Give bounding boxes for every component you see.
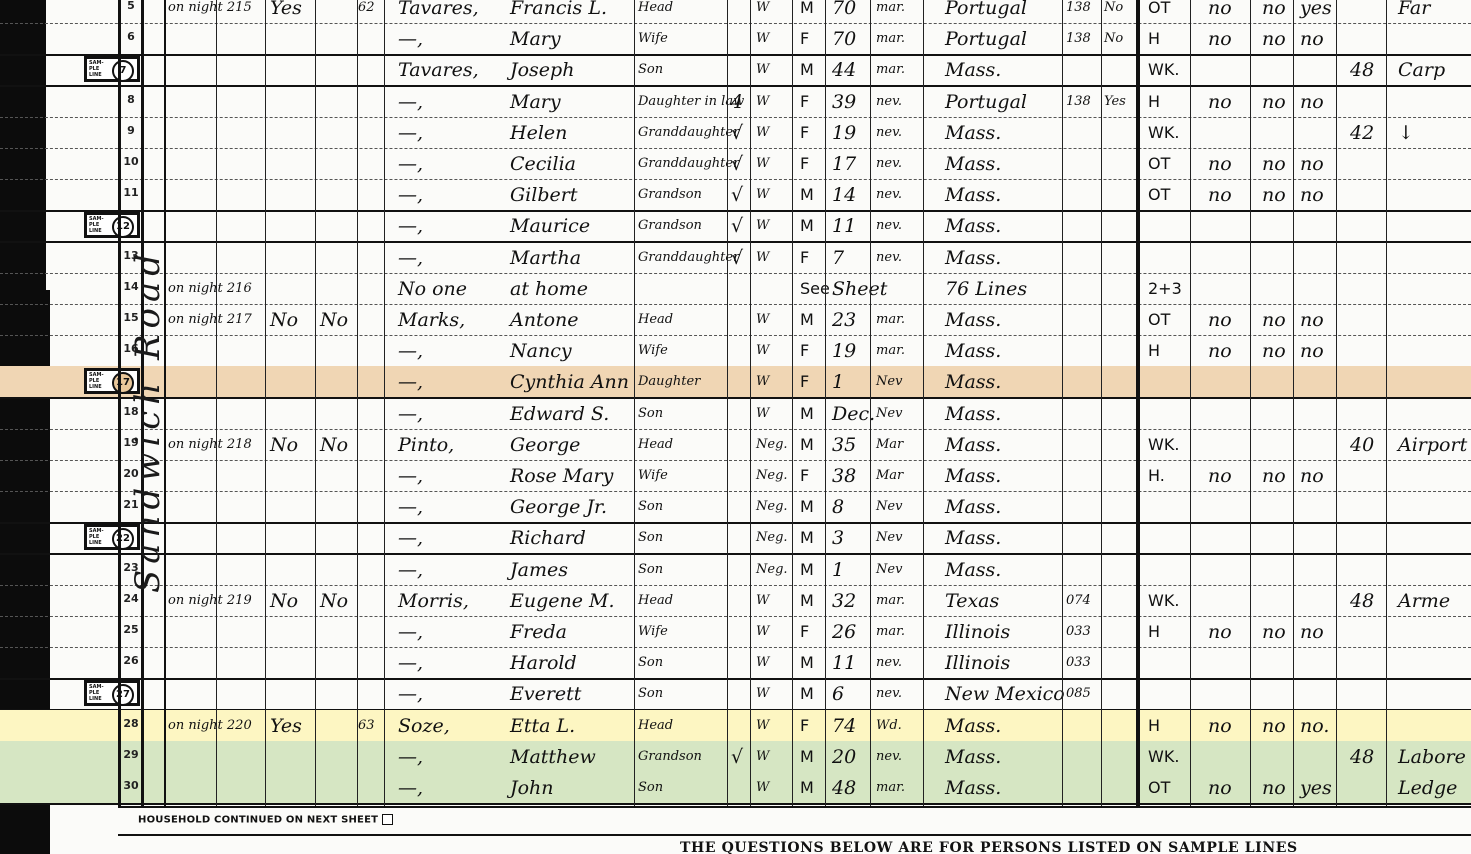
cell-activity: H: [1148, 712, 1160, 739]
cell-relation: Son: [638, 774, 663, 801]
cell-relation: Son: [638, 493, 663, 520]
cell-activity: H: [1148, 88, 1160, 115]
cell-occupation: Ledge: [1398, 774, 1457, 801]
cell-surname: —,: [398, 493, 423, 520]
column-divider: [1386, 0, 1387, 806]
cell-relation: Wife: [638, 25, 668, 52]
cell-relation: Head: [638, 587, 673, 614]
cell-birthplace: New Mexico: [945, 680, 1065, 707]
column-divider: [870, 0, 871, 806]
cell-code: 138: [1066, 0, 1091, 21]
cell-surname: —,: [398, 462, 423, 489]
cell-given: Harold: [510, 649, 577, 676]
cell-age: 17: [832, 150, 856, 177]
sample-line-label: SAM-PLE LINE: [89, 528, 107, 546]
cell-given: Gilbert: [510, 181, 577, 208]
cell-relation: Wife: [638, 618, 668, 645]
sample-line-label: SAM-PLE LINE: [89, 372, 107, 390]
cell-c3: no: [1300, 88, 1324, 115]
cell-c3: no.: [1300, 712, 1329, 739]
cell-sex: M: [800, 181, 814, 208]
cell-surname: —,: [398, 181, 423, 208]
cell-c2: no: [1262, 462, 1286, 489]
cell-relation: Head: [638, 306, 673, 333]
column-divider: [1101, 0, 1102, 806]
cell-birthplace: 76 Lines: [945, 275, 1027, 302]
cell-c1: no: [1208, 712, 1232, 739]
cell-hours: 48: [1350, 56, 1374, 83]
cell-activity: OT: [1148, 150, 1170, 177]
column-divider: [1062, 0, 1063, 806]
cell-age: 3: [832, 524, 844, 551]
cell-relation: Son: [638, 556, 663, 583]
cell-marital: nev.: [876, 743, 902, 770]
cell-surname: —,: [398, 150, 423, 177]
cell-activity: H.: [1148, 462, 1165, 489]
column-divider: [265, 0, 266, 806]
cell-given: John: [510, 774, 554, 801]
cell-birthplace: Illinois: [945, 618, 1010, 645]
column-divider: [384, 0, 385, 806]
cell-check: √: [731, 743, 743, 770]
cell-race: W: [756, 244, 769, 271]
cell-activity: 2+3: [1148, 275, 1182, 302]
cell-visit: on night 219: [168, 587, 252, 614]
cell-c1: no: [1208, 618, 1232, 645]
cell-birthplace: Portugal: [945, 0, 1027, 21]
cell-age: 70: [832, 0, 856, 21]
cell-code: 138: [1066, 88, 1091, 115]
cell-activity: H: [1148, 337, 1160, 364]
cell-relation: Head: [638, 0, 673, 21]
cell-given: Francis L.: [510, 0, 607, 21]
cell-activity: H: [1148, 618, 1160, 645]
cell-given: Richard: [510, 524, 586, 551]
cell-age: 26: [832, 618, 856, 645]
cell-occupation: Carp: [1398, 56, 1445, 83]
cell-birthplace: Mass.: [945, 400, 1001, 427]
cell-birthplace: Mass.: [945, 181, 1001, 208]
cell-marital: Nev: [876, 368, 902, 395]
cell-visit: on night 217: [168, 306, 252, 333]
column-divider: [825, 0, 826, 806]
cell-surname: Marks,: [398, 306, 465, 333]
cell-given: Everett: [510, 680, 581, 707]
cell-age: Sheet: [832, 275, 887, 302]
cell-race: W: [756, 400, 769, 427]
cell-age: 74: [832, 712, 856, 739]
cell-relation: Son: [638, 56, 663, 83]
cell-race: W: [756, 649, 769, 676]
cell-hours: 48: [1350, 743, 1374, 770]
cell-race: Neg.: [756, 431, 788, 458]
column-divider: [357, 0, 358, 806]
cell-c2: no: [1262, 25, 1286, 52]
cell-age: 48: [832, 774, 856, 801]
cell-marital: nev.: [876, 181, 902, 208]
cell-check: √: [731, 119, 743, 146]
cell-relation: Grandson: [638, 212, 702, 239]
census-sheet: 5on night 215Yes62Tavares,Francis L.Head…: [0, 0, 1471, 854]
cell-relation: Wife: [638, 462, 668, 489]
cell-race: W: [756, 56, 769, 83]
sample-line-label: SAM-PLE LINE: [89, 216, 107, 234]
cell-surname: Tavares,: [398, 56, 479, 83]
cell-race: W: [756, 680, 769, 707]
cell-surname: —,: [398, 25, 423, 52]
cell-surname: —,: [398, 618, 423, 645]
cell-c1: no: [1208, 306, 1232, 333]
cell-race: Neg.: [756, 462, 788, 489]
cell-c2: no: [1262, 618, 1286, 645]
cell-activity: WK.: [1148, 431, 1179, 458]
cell-occupation: ↓: [1398, 119, 1414, 146]
column-divider: [750, 0, 751, 806]
cell-sex: F: [800, 25, 809, 52]
cell-surname: —,: [398, 649, 423, 676]
cell-birthplace: Texas: [945, 587, 999, 614]
cell-age: 35: [832, 431, 856, 458]
cell-activity: OT: [1148, 306, 1170, 333]
cell-surname: —,: [398, 400, 423, 427]
cell-c2: no: [1262, 150, 1286, 177]
cell-given: Mary: [510, 25, 561, 52]
cell-relation: Head: [638, 431, 673, 458]
cell-sex: M: [800, 649, 814, 676]
cell-activity: WK.: [1148, 743, 1179, 770]
cell-sex: F: [800, 712, 809, 739]
cell-marital: mar.: [876, 774, 905, 801]
cell-birthplace: Mass.: [945, 368, 1001, 395]
cell-c1: no: [1208, 774, 1232, 801]
sample-line-label: SAM-PLE LINE: [89, 60, 107, 78]
cell-c3: no: [1300, 337, 1324, 364]
cell-surname: Soze,: [398, 712, 450, 739]
cell-race: W: [756, 774, 769, 801]
cell-marital: nev.: [876, 649, 902, 676]
cell-relation: Son: [638, 524, 663, 551]
cell-c2: no: [1262, 181, 1286, 208]
cell-surname: —,: [398, 743, 423, 770]
cell-given: Maurice: [510, 212, 590, 239]
cell-birthplace: Mass.: [945, 556, 1001, 583]
cell-c2: no: [1262, 774, 1286, 801]
cell-sex: F: [800, 368, 809, 395]
cell-occupation: Airport: [1398, 431, 1467, 458]
column-divider: [792, 0, 793, 806]
cell-occupation: Far: [1398, 0, 1430, 21]
cell-sex: M: [800, 0, 814, 21]
cell-surname: —,: [398, 680, 423, 707]
cell-race: W: [756, 25, 769, 52]
cell-surname: No one: [398, 275, 467, 302]
cell-given: Cynthia Ann: [510, 368, 629, 395]
cell-marital: Nev: [876, 524, 902, 551]
column-divider: [1293, 0, 1294, 806]
cell-given: Mary: [510, 88, 561, 115]
cell-c1: no: [1208, 462, 1232, 489]
cell-age: 38: [832, 462, 856, 489]
cell-marital: Nev: [876, 556, 902, 583]
column-divider: [216, 0, 217, 806]
cell-given: at home: [510, 275, 588, 302]
cell-marital: mar.: [876, 0, 905, 21]
cell-citizen: No: [1104, 0, 1123, 21]
cell-owned: Yes: [270, 712, 302, 739]
cell-surname: Tavares,: [398, 0, 479, 21]
cell-birthplace: Mass.: [945, 306, 1001, 333]
cell-relation: Daughter in law: [638, 88, 744, 115]
cell-sex: F: [800, 337, 809, 364]
cell-c2: no: [1262, 0, 1286, 21]
cell-given: Antone: [510, 306, 579, 333]
cell-sex: M: [800, 212, 814, 239]
cell-birthplace: Portugal: [945, 25, 1027, 52]
cell-age: 44: [832, 56, 856, 83]
cell-sex: F: [800, 618, 809, 645]
cell-birthplace: Mass.: [945, 431, 1001, 458]
cell-marital: mar.: [876, 56, 905, 83]
cell-age: 20: [832, 743, 856, 770]
household-continued-checkbox[interactable]: [382, 814, 393, 825]
cell-given: Martha: [510, 244, 581, 271]
cell-given: Edward S.: [510, 400, 609, 427]
household-continued: HOUSEHOLD CONTINUED ON NEXT SHEET: [138, 814, 393, 826]
cell-marital: Nev: [876, 400, 902, 427]
cell-hours: 48: [1350, 587, 1374, 614]
cell-c2: no: [1262, 712, 1286, 739]
footer-rule: [118, 834, 1471, 836]
cell-race: W: [756, 150, 769, 177]
cell-surname: —,: [398, 212, 423, 239]
cell-given: Eugene M.: [510, 587, 615, 614]
cell-code: 085: [1066, 680, 1091, 707]
cell-sex: F: [800, 462, 809, 489]
cell-owned: No: [270, 587, 298, 614]
cell-marital: nev.: [876, 244, 902, 271]
cell-c1: no: [1208, 150, 1232, 177]
cell-surname: —,: [398, 524, 423, 551]
cell-c3: yes: [1300, 0, 1332, 21]
cell-marital: nev.: [876, 88, 902, 115]
cell-birthplace: Mass.: [945, 493, 1001, 520]
cell-marital: nev.: [876, 119, 902, 146]
cell-sex: M: [800, 743, 814, 770]
cell-sex: F: [800, 88, 809, 115]
cell-marital: mar.: [876, 337, 905, 364]
cell-birthplace: Mass.: [945, 212, 1001, 239]
cell-relation: Son: [638, 680, 663, 707]
cell-relation: Son: [638, 400, 663, 427]
cell-code: 138: [1066, 25, 1091, 52]
sample-line-label: SAM-PLE LINE: [89, 684, 107, 702]
cell-check: √: [731, 244, 743, 271]
cell-visit: on night 215: [168, 0, 252, 21]
cell-c1: no: [1208, 337, 1232, 364]
cell-given: George Jr.: [510, 493, 607, 520]
cell-age: 11: [832, 212, 856, 239]
cell-sex: M: [800, 524, 814, 551]
cell-surname: —,: [398, 244, 423, 271]
cell-surname: —,: [398, 774, 423, 801]
cell-check: √: [731, 150, 743, 177]
cell-relation: Granddaughter: [638, 150, 739, 177]
cell-activity: WK.: [1148, 587, 1179, 614]
cell-sex: M: [800, 493, 814, 520]
cell-birthplace: Portugal: [945, 88, 1027, 115]
cell-check: √: [731, 212, 743, 239]
cell-c2: no: [1262, 306, 1286, 333]
cell-race: W: [756, 337, 769, 364]
cell-birthplace: Illinois: [945, 649, 1010, 676]
cell-race: Neg.: [756, 493, 788, 520]
cell-age: 19: [832, 337, 856, 364]
cell-sex: M: [800, 587, 814, 614]
cell-code: 033: [1066, 618, 1091, 645]
cell-hours: 42: [1350, 119, 1374, 146]
sample-lines-heading: THE QUESTIONS BELOW ARE FOR PERSONS LIST…: [680, 840, 1298, 854]
cell-marital: nev.: [876, 680, 902, 707]
column-divider: [1250, 0, 1251, 806]
cell-marital: Nev: [876, 493, 902, 520]
cell-race: W: [756, 306, 769, 333]
cell-activity: OT: [1148, 774, 1170, 801]
cell-age: 1: [832, 368, 844, 395]
cell-age: 39: [832, 88, 856, 115]
cell-c3: no: [1300, 150, 1324, 177]
cell-sex: M: [800, 306, 814, 333]
cell-farm: 63: [358, 712, 375, 739]
cell-c3: no: [1300, 306, 1324, 333]
cell-given: James: [510, 556, 568, 583]
cell-birthplace: Mass.: [945, 462, 1001, 489]
cell-surname: —,: [398, 337, 423, 364]
cell-hours: 40: [1350, 431, 1374, 458]
cell-relation: Son: [638, 649, 663, 676]
cell-marital: mar.: [876, 25, 905, 52]
cell-race: W: [756, 119, 769, 146]
column-divider: [634, 0, 635, 806]
cell-relation: Granddaughter: [638, 119, 739, 146]
cell-race: W: [756, 587, 769, 614]
cell-activity: H: [1148, 25, 1160, 52]
cell-marital: nev.: [876, 212, 902, 239]
cell-sex: M: [800, 56, 814, 83]
cell-citizen: Yes: [1104, 88, 1126, 115]
cell-owned: Yes: [270, 0, 302, 21]
cell-marital: Wd.: [876, 712, 902, 739]
cell-marital: Mar: [876, 431, 903, 458]
margin-annotation: Sandwich Road: [128, 160, 168, 680]
cell-given: Cecilia: [510, 150, 576, 177]
cell-c3: yes: [1300, 774, 1332, 801]
cell-birthplace: Mass.: [945, 119, 1001, 146]
cell-sex: F: [800, 119, 809, 146]
cell-relation: Grandson: [638, 181, 702, 208]
cell-surname: Pinto,: [398, 431, 454, 458]
cell-given: Joseph: [510, 56, 574, 83]
cell-activity: OT: [1148, 0, 1170, 21]
cell-given: Helen: [510, 119, 567, 146]
cell-birthplace: Mass.: [945, 774, 1001, 801]
cell-birthplace: Mass.: [945, 150, 1001, 177]
cell-given: Rose Mary: [510, 462, 613, 489]
cell-given: George: [510, 431, 580, 458]
cell-birthplace: Mass.: [945, 524, 1001, 551]
cell-value: No: [320, 587, 348, 614]
cell-age: 32: [832, 587, 856, 614]
cell-race: W: [756, 181, 769, 208]
cell-sex: M: [800, 680, 814, 707]
cell-activity: OT: [1148, 181, 1170, 208]
cell-relation: Daughter: [638, 368, 700, 395]
cell-race: Neg.: [756, 524, 788, 551]
cell-c2: no: [1262, 337, 1286, 364]
cell-age: 6: [832, 680, 844, 707]
cell-race: W: [756, 712, 769, 739]
cell-age: 14: [832, 181, 856, 208]
cell-relation: Head: [638, 712, 673, 739]
household-continued-label: HOUSEHOLD CONTINUED ON NEXT SHEET: [138, 815, 378, 826]
cell-age: 70: [832, 25, 856, 52]
cell-race: W: [756, 88, 769, 115]
cell-race: W: [756, 0, 769, 21]
cell-relation: Granddaughter: [638, 244, 739, 271]
column-divider: [1190, 0, 1191, 806]
cell-race: W: [756, 743, 769, 770]
cell-given: Matthew: [510, 743, 596, 770]
cell-birthplace: Mass.: [945, 244, 1001, 271]
cell-relation: Wife: [638, 337, 668, 364]
cell-c1: no: [1208, 181, 1232, 208]
cell-sex: M: [800, 400, 814, 427]
cell-value: No: [320, 306, 348, 333]
cell-birthplace: Mass.: [945, 337, 1001, 364]
cell-surname: —,: [398, 368, 423, 395]
cell-check: √: [731, 181, 743, 208]
cell-surname: —,: [398, 556, 423, 583]
cell-age: Dec.: [832, 400, 875, 427]
cell-given: Nancy: [510, 337, 572, 364]
cell-farm: 62: [358, 0, 375, 21]
cell-visit: on night 220: [168, 712, 252, 739]
cell-birthplace: Mass.: [945, 743, 1001, 770]
cell-value: No: [320, 431, 348, 458]
cell-given: Freda: [510, 618, 567, 645]
cell-occupation: Labore: [1398, 743, 1466, 770]
cell-visit: on night 218: [168, 431, 252, 458]
cell-race: W: [756, 618, 769, 645]
cell-age: 11: [832, 649, 856, 676]
cell-c1: no: [1208, 88, 1232, 115]
cell-c1: no: [1208, 25, 1232, 52]
cell-age: 8: [832, 493, 844, 520]
cell-marital: nev.: [876, 150, 902, 177]
column-divider: [923, 0, 924, 806]
cell-owned: No: [270, 431, 298, 458]
cell-marital: Mar: [876, 462, 903, 489]
cell-occupation: Arme: [1398, 587, 1450, 614]
cell-sex: F: [800, 150, 809, 177]
cell-sex: M: [800, 556, 814, 583]
cell-age: 19: [832, 119, 856, 146]
cell-code: 033: [1066, 649, 1091, 676]
cell-sex: M: [800, 431, 814, 458]
cell-sex: M: [800, 774, 814, 801]
cell-visit: on night 216: [168, 275, 252, 302]
cell-check: 4: [731, 88, 743, 115]
cell-birthplace: Mass.: [945, 712, 1001, 739]
